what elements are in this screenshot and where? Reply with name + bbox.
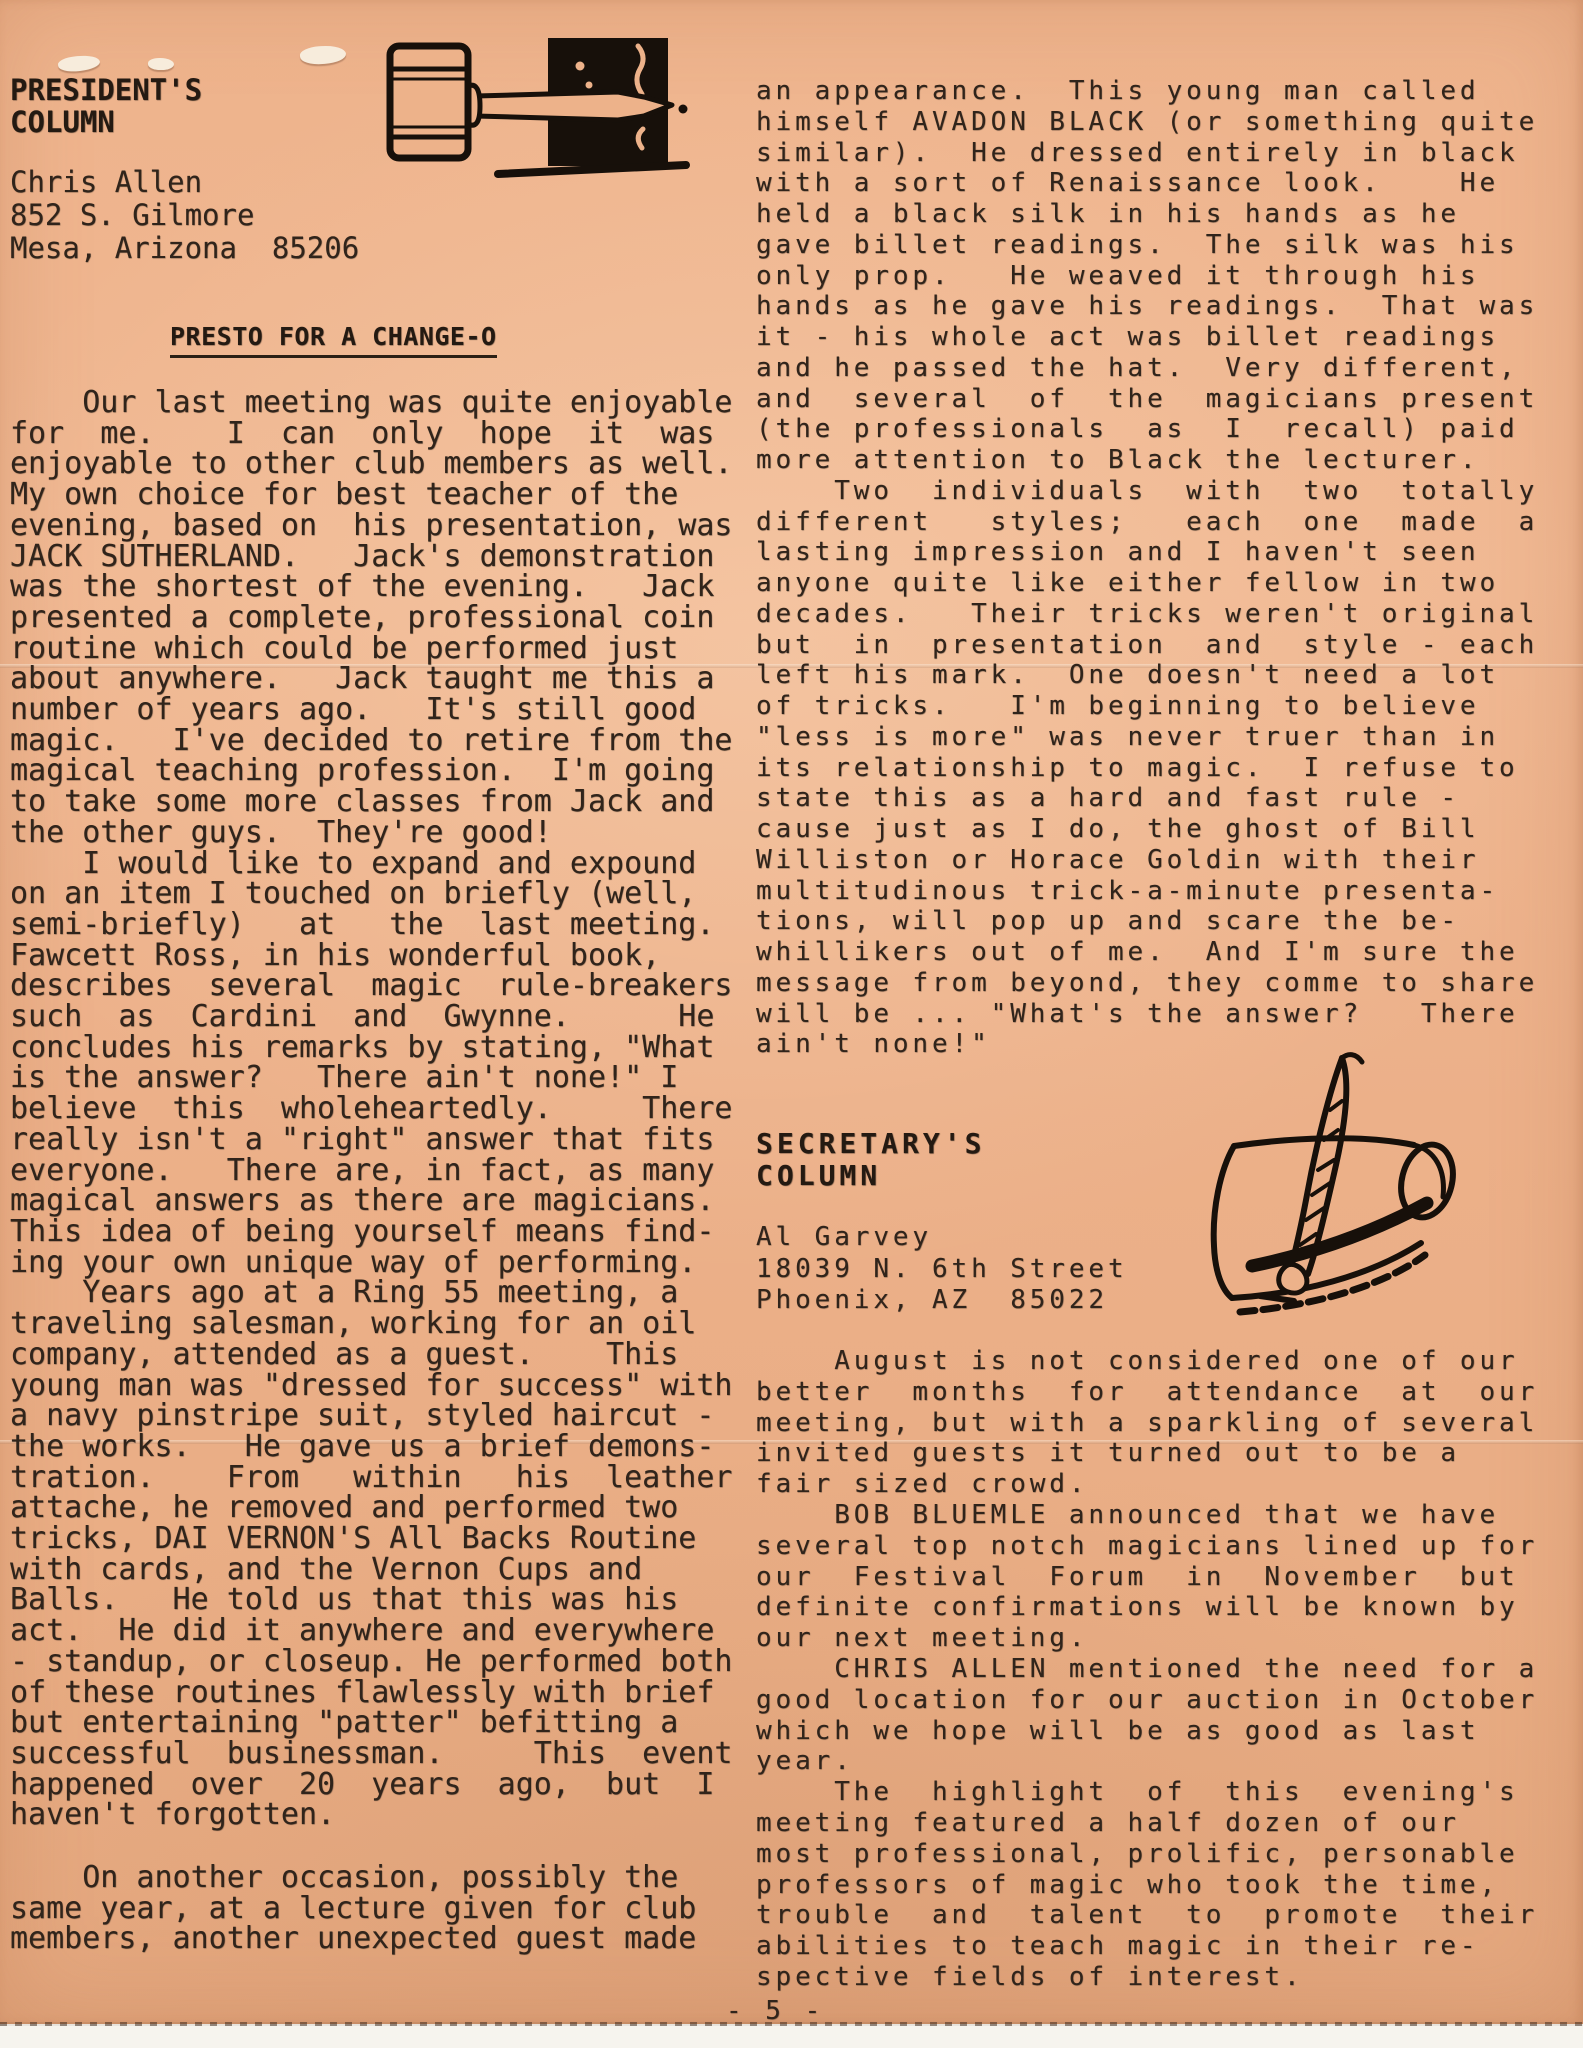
text-line: but entertaining "patter" befitting a [10,1708,732,1739]
text-line: but in presentation and style - each [756,630,1538,661]
text-line: tricks, DAI VERNON'S All Backs Routine [10,1524,732,1555]
text-line: whillikers out of me. And I'm sure the [756,937,1538,968]
right-column-body-text: an appearance. This young man calledhims… [756,76,1538,1060]
text-line: of these routines flawlessly with brief [10,1678,732,1709]
text-line: anyone quite like either fellow in two [756,568,1538,599]
text-line: with cards, and the Vernon Cups and [10,1555,732,1586]
text-line: Two individuals with two totally [756,476,1538,507]
text-line: decades. Their tricks weren't original [756,599,1538,630]
text-line: hands as he gave his readings. That was [756,291,1538,322]
text-line: similar). He dressed entirely in black [756,138,1538,169]
text-line: Chris Allen [10,166,359,199]
text-line: of tricks. I'm beginning to believe [756,691,1538,722]
text-line: tration. From within his leather [10,1463,732,1494]
gavel-icon [380,32,692,182]
text-line: better months for attendance at our [756,1377,1538,1408]
text-line: to take some more classes from Jack and [10,787,732,818]
presidents-column-title: PRESIDENT'SCOLUMN [10,74,202,138]
text-line: several top notch magicians lined up for [756,1531,1538,1562]
text-line: an appearance. This young man called [756,76,1538,107]
text-line: our next meeting. [756,1623,1538,1654]
text-line: describes several magic rule-breakers [10,971,732,1002]
text-line: abilities to teach magic in their re- [756,1931,1538,1962]
text-line: Years ago at a Ring 55 meeting, a [10,1278,732,1309]
text-line: on an item I touched on briefly (well, [10,879,732,910]
secretarys-column-author-address: Al Garvey18039 N. 6th StreetPhoenix, AZ … [756,1222,1128,1317]
text-line: himself AVADON BLACK (or something quite [756,107,1538,138]
text-line: happened over 20 years ago, but I [10,1770,732,1801]
text-line: SECRETARY'S [756,1128,985,1160]
left-column-body-text: Our last meeting was quite enjoyablefor … [10,388,732,1831]
text-line: it - his whole act was billet readings [756,322,1538,353]
text-line: its relationship to magic. I refuse to [756,753,1538,784]
text-line: magic. I've decided to retire from the [10,726,732,757]
text-line: August is not considered one of our [756,1346,1538,1377]
text-line: the works. He gave us a brief demons- [10,1432,732,1463]
text-line: trouble and talent to promote their [756,1900,1538,1931]
text-line: professors of magic who took the time, [756,1870,1538,1901]
paper-speck [299,44,346,65]
text-line: definite confirmations will be known by [756,1592,1538,1623]
text-line: enjoyable to other club members as well. [10,449,732,480]
text-line: Mesa, Arizona 85206 [10,232,359,265]
text-line: a navy pinstripe suit, styled haircut - [10,1401,732,1432]
text-line: act. He did it anywhere and everywhere [10,1616,732,1647]
text-line: which we hope will be as good as last [756,1716,1538,1747]
text-line: the other guys. They're good! [10,818,732,849]
text-line: magical teaching profession. I'm going [10,756,732,787]
text-line: for me. I can only hope it was [10,419,732,450]
text-line: members, another unexpected guest made [10,1924,696,1955]
presidents-column-author-address: Chris Allen852 S. GilmoreMesa, Arizona 8… [10,166,359,265]
text-line: (the professionals as I recall) paid [756,414,1538,445]
text-line: "less is more" was never truer than in [756,722,1538,753]
text-line: company, attended as a guest. This [10,1340,732,1371]
text-line: PRESIDENT'S [10,74,202,106]
text-line: My own choice for best teacher of the [10,480,732,511]
text-line: lasting impression and I haven't seen [756,537,1538,568]
text-line: meeting featured a half dozen of our [756,1808,1538,1839]
secretarys-column-title: SECRETARY'SCOLUMN [756,1128,985,1192]
text-line: The highlight of this evening's [756,1777,1538,1808]
text-line: only prop. He weaved it through his [756,261,1538,292]
text-line: everyone. There are, in fact, as many [10,1156,732,1187]
text-line: Phoenix, AZ 85022 [756,1285,1128,1317]
text-line: Fawcett Ross, in his wonderful book, [10,941,732,972]
text-line: presented a complete, professional coin [10,603,732,634]
text-line: Williston or Horace Goldin with their [756,845,1538,876]
text-line: is the answer? There ain't none!" I [10,1063,732,1094]
text-line: This idea of being yourself means find- [10,1217,732,1248]
text-line: fair sized crowd. [756,1469,1538,1500]
text-line: left his mark. One doesn't need a lot [756,660,1538,691]
right-column-body2-text: August is not considered one of ourbette… [756,1346,1538,1993]
text-line: spective fields of interest. [756,1962,1538,1993]
text-line: same year, at a lecture given for club [10,1894,696,1925]
text-line: tions, will pop up and scare the be- [756,906,1538,937]
text-line: was the shortest of the evening. Jack [10,572,732,603]
text-line: meeting, but with a sparkling of several [756,1408,1538,1439]
text-line: CHRIS ALLEN mentioned the need for a [756,1654,1538,1685]
text-line: really isn't a "right" answer that fits [10,1125,732,1156]
text-line: message from beyond, they comme to share [756,968,1538,999]
text-line: will be ... "What's the answer? There [756,999,1538,1030]
text-line: Our last meeting was quite enjoyable [10,388,732,419]
text-line: multitudinous trick-a-minute presenta- [756,876,1538,907]
text-line: JACK SUTHERLAND. Jack's demonstration [10,542,732,573]
text-line: state this as a hard and fast rule - [756,783,1538,814]
text-line: - standup, or closeup. He performed both [10,1647,732,1678]
text-line: about anywhere. Jack taught me this a [10,664,732,695]
text-line: gave billet readings. The silk was his [756,230,1538,261]
text-line: most professional, prolific, personable [756,1839,1538,1870]
text-line: COLUMN [10,106,202,138]
text-line: year. [756,1746,1538,1777]
text-line: number of years ago. It's still good [10,695,732,726]
text-line: believe this wholeheartedly. There [10,1094,732,1125]
text-line: young man was "dressed for success" with [10,1371,732,1402]
text-line: haven't forgotten. [10,1800,732,1831]
text-line: and he passed the hat. Very different, [756,353,1538,384]
text-line: attache, he removed and performed two [10,1493,732,1524]
text-line: magical answers as there are magicians. [10,1186,732,1217]
text-line: routine which could be performed just [10,634,732,665]
text-line: traveling salesman, working for an oil [10,1309,732,1340]
text-line: more attention to Black the lecturer. [756,445,1538,476]
newsletter-page: PRESIDENT'SCOLUMN Chris Allen852 S. Gilm… [0,0,1583,2024]
text-line: 852 S. Gilmore [10,199,359,232]
paper-speck [57,54,100,73]
text-line: semi-briefly) at the last meeting. [10,910,732,941]
text-line: concludes his remarks by stating, "What [10,1033,732,1064]
text-line: I would like to expand and expound [10,849,732,880]
text-line: such as Cardini and Gwynne. He [10,1002,732,1033]
text-line: held a black silk in his hands as he [756,199,1538,230]
text-line: Balls. He told us that this was his [10,1585,732,1616]
text-line: Al Garvey [756,1222,1128,1254]
text-line: cause just as I do, the ghost of Bill [756,814,1538,845]
section-heading: PRESTO FOR A CHANGE-O [170,322,497,358]
text-line: different styles; each one made a [756,507,1538,538]
left-column-closing-text: On another occasion, possibly thesame ye… [10,1863,696,1955]
text-line: and several of the magicians present [756,384,1538,415]
text-line: our Festival Forum in November but [756,1562,1538,1593]
quill-and-scroll-icon [1200,1050,1470,1335]
page-number: - 5 - [726,1996,824,2026]
text-line: COLUMN [756,1160,985,1192]
text-line: evening, based on his presentation, was [10,511,732,542]
text-line: On another occasion, possibly the [10,1863,696,1894]
paper-speck [148,58,174,70]
text-line: invited guests it turned out to be a [756,1438,1538,1469]
text-line: with a sort of Renaissance look. He [756,168,1538,199]
text-line: ing your own unique way of performing. [10,1248,732,1279]
text-line: BOB BLUEMLE announced that we have [756,1500,1538,1531]
text-line: good location for our auction in October [756,1685,1538,1716]
text-line: successful businessman. This event [10,1739,732,1770]
text-line: 18039 N. 6th Street [756,1254,1128,1286]
